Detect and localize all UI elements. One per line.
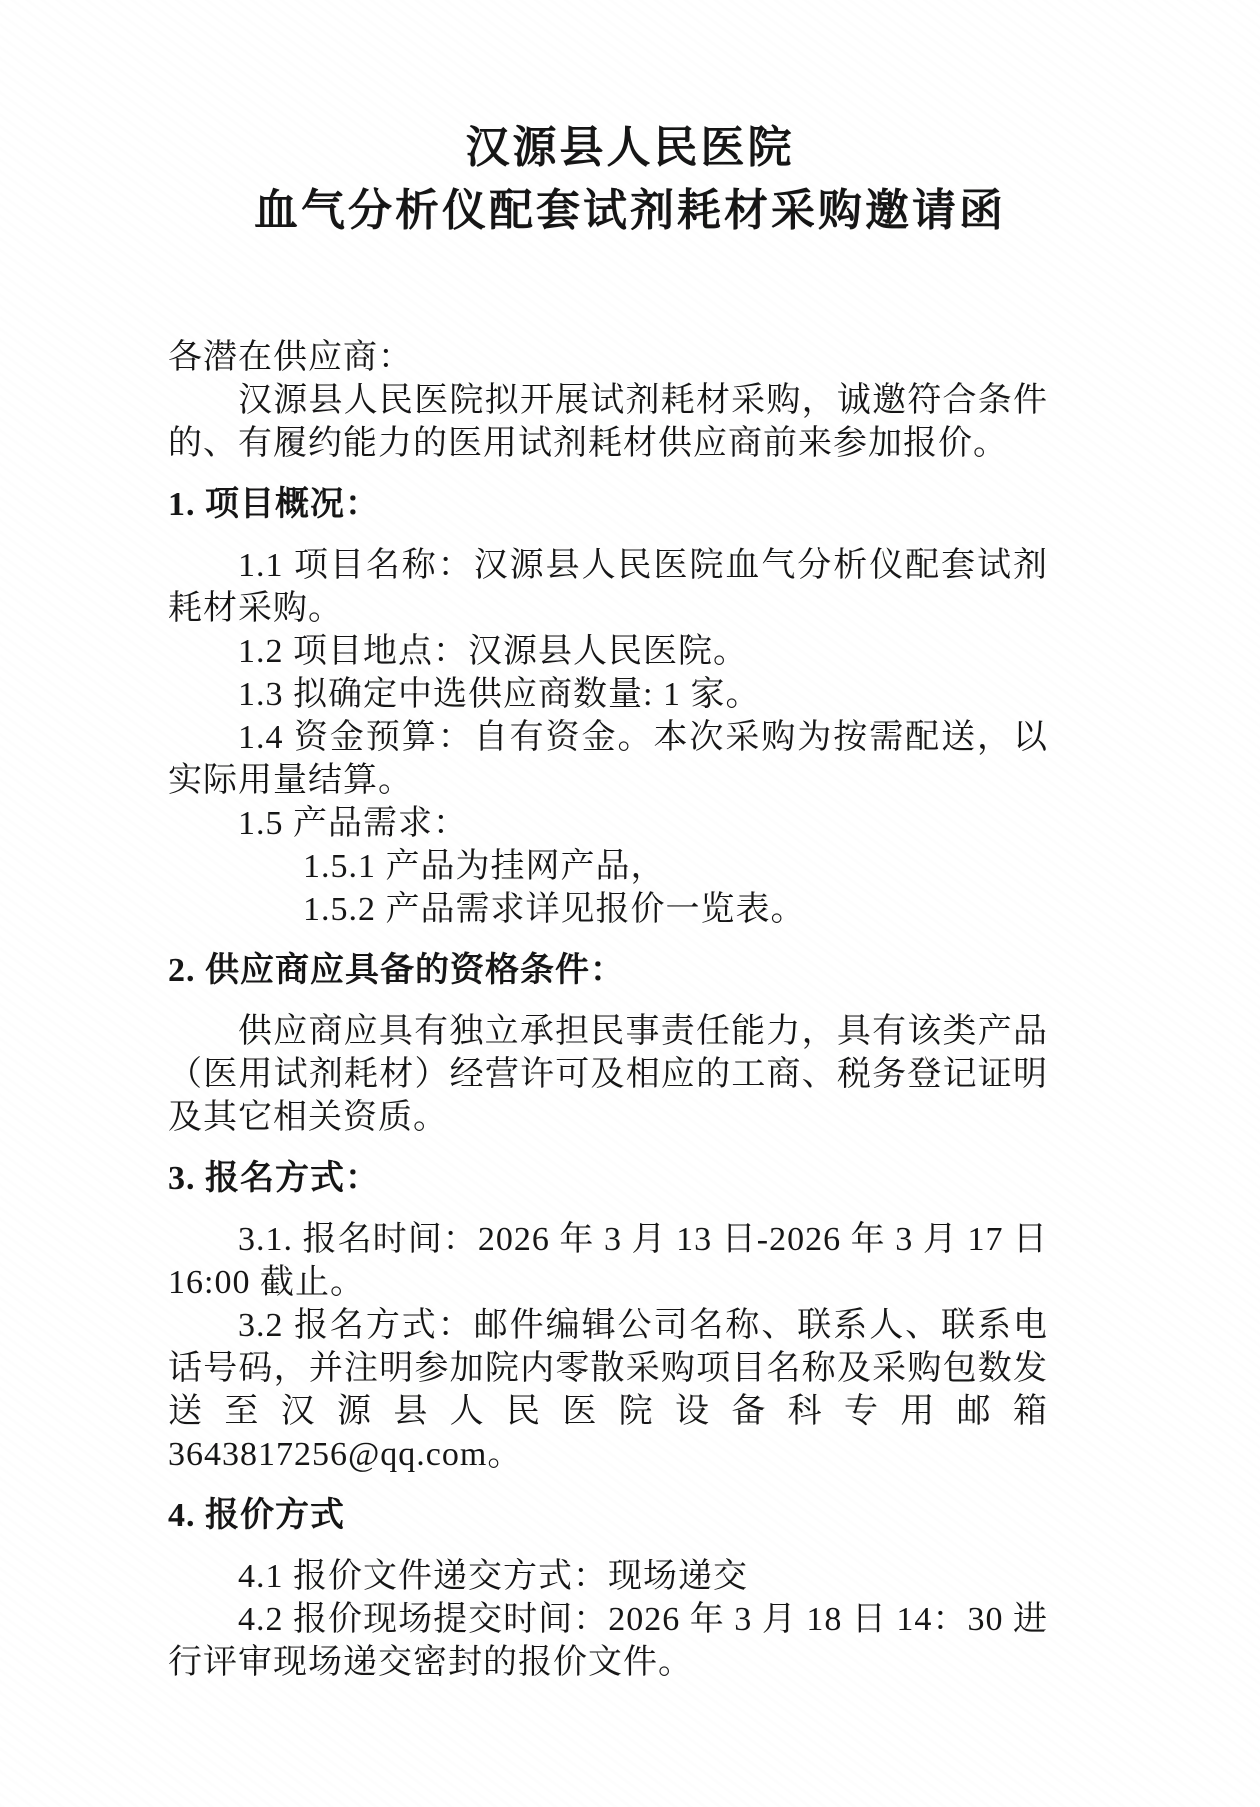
document-body: 各潜在供应商： 汉源县人民医院拟开展试剂耗材采购，诚邀符合条件的、有履约能力的医… bbox=[168, 336, 1048, 1684]
para-3-1: 3.1. 报名时间：2026 年 3 月 13 日-2026 年 3 月 17 … bbox=[168, 1218, 1048, 1304]
para-1-4: 1.4 资金预算：自有资金。本次采购为按需配送，以实际用量结算。 bbox=[168, 716, 1048, 802]
para-1-1: 1.1 项目名称：汉源县人民医院血气分析仪配套试剂耗材采购。 bbox=[168, 544, 1048, 630]
scanned-document-page: 汉源县人民医院 血气分析仪配套试剂耗材采购邀请函 各潜在供应商： 汉源县人民医院… bbox=[0, 0, 1260, 1807]
section-3-heading: 3. 报名方式： bbox=[168, 1157, 1048, 1200]
document-title-line1: 汉源县人民医院 bbox=[0, 116, 1260, 179]
para-1-2: 1.2 项目地点：汉源县人民医院。 bbox=[168, 630, 1048, 673]
salutation: 各潜在供应商： bbox=[168, 336, 1048, 379]
para-3-2: 3.2 报名方式：邮件编辑公司名称、联系人、联系电话号码，并注明参加院内零散采购… bbox=[168, 1304, 1048, 1476]
document-title: 汉源县人民医院 血气分析仪配套试剂耗材采购邀请函 bbox=[0, 116, 1260, 242]
document-title-line2: 血气分析仪配套试剂耗材采购邀请函 bbox=[0, 179, 1260, 242]
section-2-heading: 2. 供应商应具备的资格条件： bbox=[168, 949, 1048, 992]
para-4-2: 4.2 报价现场提交时间：2026 年 3 月 18 日 14：30 进行评审现… bbox=[168, 1598, 1048, 1684]
para-1-5: 1.5 产品需求： bbox=[168, 802, 1048, 845]
para-4-1: 4.1 报价文件递交方式：现场递交 bbox=[168, 1555, 1048, 1598]
para-1-5-1: 1.5.1 产品为挂网产品， bbox=[168, 845, 1048, 888]
intro-paragraph: 汉源县人民医院拟开展试剂耗材采购，诚邀符合条件的、有履约能力的医用试剂耗材供应商… bbox=[168, 379, 1048, 465]
para-1-5-2: 1.5.2 产品需求详见报价一览表。 bbox=[168, 888, 1048, 931]
para-1-3: 1.3 拟确定中选供应商数量: 1 家。 bbox=[168, 673, 1048, 716]
section-1-heading: 1. 项目概况： bbox=[168, 483, 1048, 526]
para-2-1: 供应商应具有独立承担民事责任能力，具有该类产品（医用试剂耗材）经营许可及相应的工… bbox=[168, 1010, 1048, 1139]
section-4-heading: 4. 报价方式 bbox=[168, 1494, 1048, 1537]
